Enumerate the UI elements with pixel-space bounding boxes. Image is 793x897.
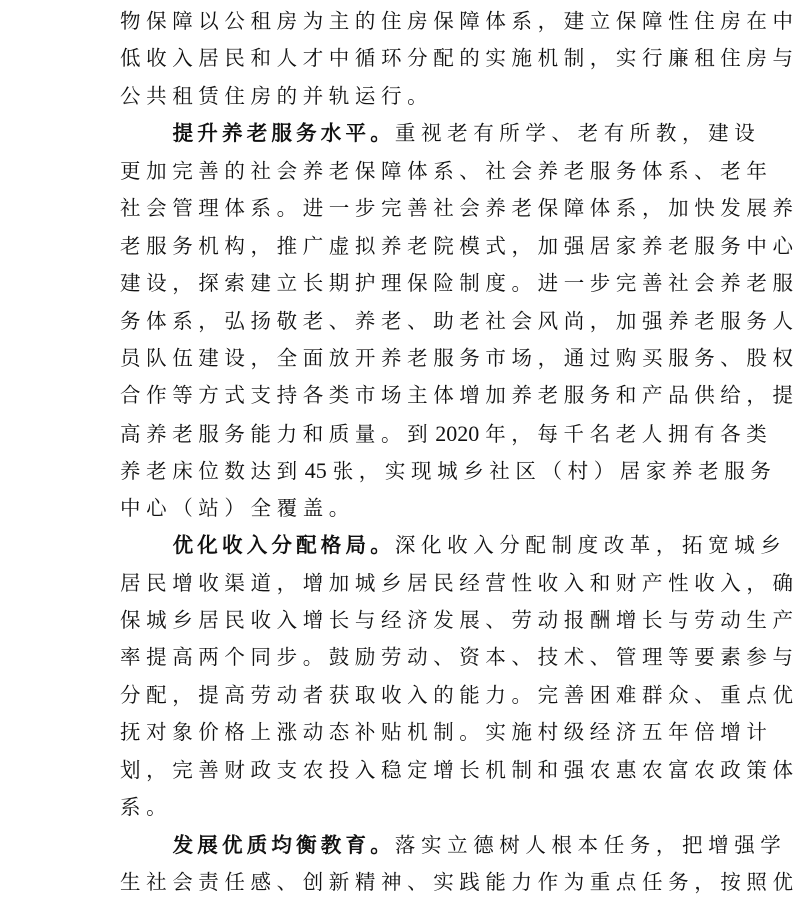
text-line: 更加完善的社会养老保障体系、社会养老服务体系、老年 [120, 153, 680, 190]
text-line: 员队伍建设，全面放开养老服务市场，通过购买服务、股权 [120, 340, 680, 377]
text-line: 抚对象价格上涨动态补贴机制。实施村级经济五年倍增计 [120, 714, 680, 751]
text-line: 社会管理体系。进一步完善社会养老保障体系，加快发展养 [120, 190, 680, 227]
text-line: 低收入居民和人才中循环分配的实施机制，实行廉租住房与 [120, 40, 680, 77]
paragraph-income-distribution: 优化收入分配格局。深化收入分配制度改革，拓宽城乡 居民增收渠道，增加城乡居民经营… [120, 527, 680, 827]
text-line: 发展优质均衡教育。落实立德树人根本任务，把增强学 [120, 827, 680, 864]
document-page: 物保障以公租房为主的住房保障体系，建立保障性住房在中 低收入居民和人才中循环分配… [120, 3, 680, 897]
text-line: 高养老服务能力和质量。到2020年，每千名老人拥有各类 [120, 415, 680, 452]
text-line: 保城乡居民收入增长与经济发展、劳动报酬增长与劳动生产 [120, 602, 680, 639]
text-run: 落实立德树人根本任务，把增强学 [395, 833, 787, 857]
paragraph-heading: 优化收入分配格局。 [173, 533, 395, 557]
text-line: 分配，提高劳动者获取收入的能力。完善困难群众、重点优 [120, 677, 680, 714]
text-line: 优化收入分配格局。深化收入分配制度改革，拓宽城乡 [120, 527, 680, 564]
text-line: 生社会责任感、创新精神、实践能力作为重点任务，按照优 [120, 864, 680, 897]
text-run: 重视老有所学、老有所教，建设 [395, 121, 760, 145]
text-run: 年，每千名老人拥有各类 [485, 422, 772, 446]
text-run: 养老床位数达到 [120, 459, 303, 483]
paragraph-education: 发展优质均衡教育。落实立德树人根本任务，把增强学 生社会责任感、创新精神、实践能… [120, 827, 680, 897]
paragraph-housing: 物保障以公租房为主的住房保障体系，建立保障性住房在中 低收入居民和人才中循环分配… [120, 3, 680, 115]
text-run: 高养老服务能力和质量。到 [120, 422, 433, 446]
text-line: 率提高两个同步。鼓励劳动、资本、技术、管理等要素参与 [120, 639, 680, 676]
text-line: 物保障以公租房为主的住房保障体系，建立保障性住房在中 [120, 3, 680, 40]
beds-number: 45 [305, 458, 327, 483]
text-line: 合作等方式支持各类市场主体增加养老服务和产品供给，提 [120, 377, 680, 414]
year-number: 2020 [435, 421, 479, 446]
text-line: 公共租赁住房的并轨运行。 [120, 78, 680, 115]
text-line: 建设，探索建立长期护理保险制度。进一步完善社会养老服 [120, 265, 680, 302]
text-line: 务体系，弘扬敬老、养老、助老社会风尚，加强养老服务人 [120, 303, 680, 340]
text-line: 养老床位数达到45张，实现城乡社区（村）居家养老服务 [120, 452, 680, 489]
paragraph-elderly-care: 提升养老服务水平。重视老有所学、老有所教，建设 更加完善的社会养老保障体系、社会… [120, 115, 680, 527]
text-line: 居民增收渠道，增加城乡居民经营性收入和财产性收入，确 [120, 565, 680, 602]
paragraph-heading: 发展优质均衡教育。 [173, 833, 395, 857]
paragraph-heading: 提升养老服务水平。 [173, 121, 395, 145]
text-run: 张，实现城乡社区（村）居家养老服务 [333, 459, 777, 483]
text-line: 系。 [120, 789, 680, 826]
text-run: 深化收入分配制度改革，拓宽城乡 [395, 533, 787, 557]
text-line: 提升养老服务水平。重视老有所学、老有所教，建设 [120, 115, 680, 152]
text-line: 划，完善财政支农投入稳定增长机制和强农惠农富农政策体 [120, 752, 680, 789]
text-line: 中心（站）全覆盖。 [120, 490, 680, 527]
text-line: 老服务机构，推广虚拟养老院模式，加强居家养老服务中心 [120, 228, 680, 265]
